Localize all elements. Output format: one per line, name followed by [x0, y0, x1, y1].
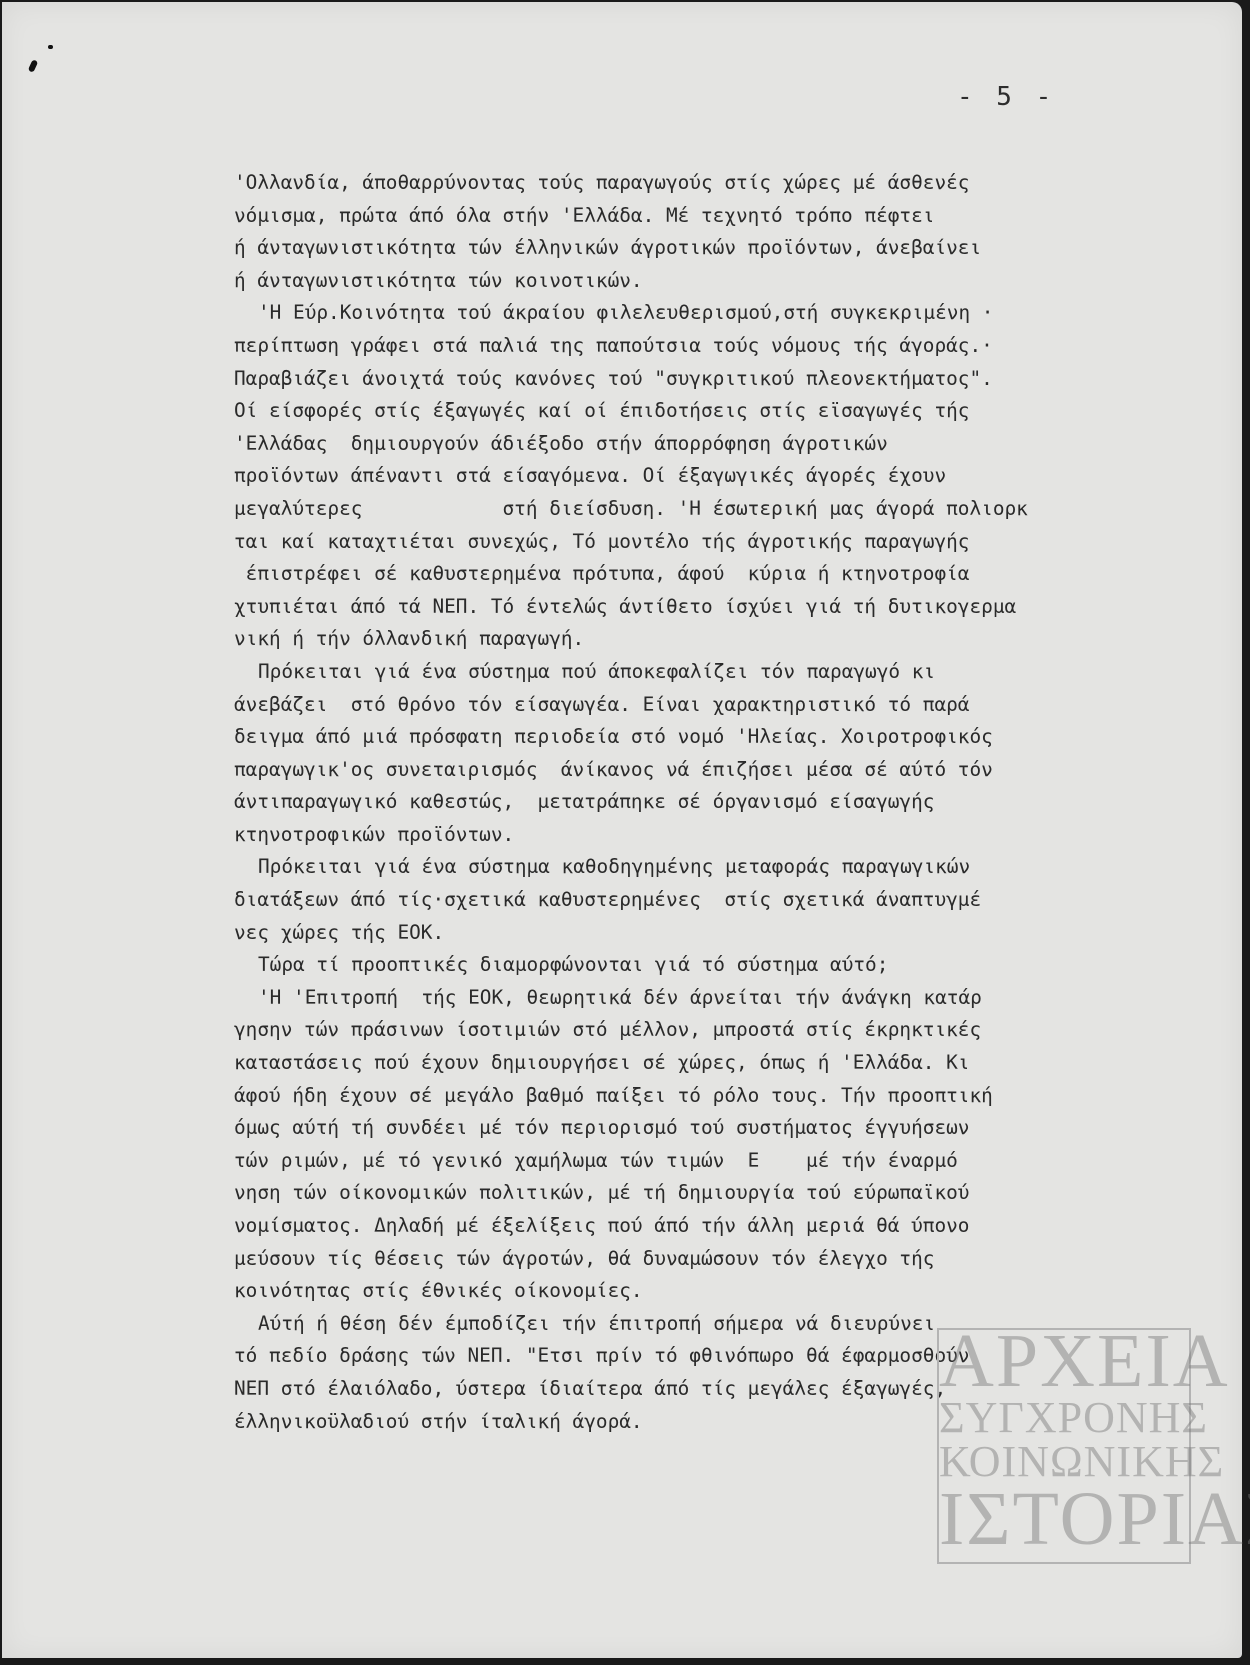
text-line: ται καί καταχτιέται συνεχώς, Τό μοντέλο …: [234, 526, 1244, 559]
text-line: γησην τών πράσινων ίσοτιμιών στό μέλλον,…: [234, 1014, 1244, 1047]
page-number: - 5 -: [957, 82, 1055, 112]
text-line: Πρόκειται γιά ένα σύστημα πού άποκεφαλίζ…: [234, 656, 1244, 689]
text-line: καταστάσεις πού έχουν δημιουργήσει σέ χώ…: [234, 1047, 1244, 1080]
text-line: άνεβάζει στό θρόνο τόν είσαγωγέα. Είναι …: [234, 689, 1244, 722]
ink-dot: [48, 45, 53, 49]
text-line: νική ή τήν όλλανδική παραγωγή.: [234, 623, 1244, 656]
text-line: 'Η Εύρ.Κοινότητα τού άκραίου φιλελευθερι…: [234, 297, 1244, 330]
text-line: Πρόκειται γιά ένα σύστημα καθοδηγημένης …: [234, 851, 1244, 884]
text-line: 'Η 'Επιτροπή τής ΕΟΚ, θεωρητικά δέν άρνε…: [234, 982, 1244, 1015]
text-line: νες χώρες τής ΕΟΚ.: [234, 917, 1244, 950]
text-line: έπιστρέφει σέ καθυστερημένα πρότυπα, άφο…: [234, 558, 1244, 591]
document-body: 'Ολλανδία, άποθαρρύνοντας τούς παραγωγού…: [234, 167, 1244, 1438]
text-line: Αύτή ή θέση δέν έμποδίζει τήν έπιτροπή σ…: [234, 1308, 1244, 1341]
text-line: τών ριμών, μέ τό γενικό χαμήλωμα τών τιμ…: [234, 1145, 1244, 1178]
text-line: δειγμα άπό μιά πρόσφατη περιοδεία στό νο…: [234, 721, 1244, 754]
text-line: Παραβιάζει άνοιχτά τούς κανόνες τού "συγ…: [234, 363, 1244, 396]
text-line: ή άνταγωνιστικότητα τών κοινοτικών.: [234, 265, 1244, 298]
text-line: όμως αύτή τή συνδέει μέ τόν περιορισμό τ…: [234, 1112, 1244, 1145]
text-line: τό πεδίο δράσης τών ΝΕΠ. "Ετσι πρίν τό φ…: [234, 1340, 1244, 1373]
text-line: 'Ελλάδας δημιουργούν άδιέξοδο στήν άπορρ…: [234, 428, 1244, 461]
text-line: παραγωγικ'ος συνεταιρισμός άνίκανος νά έ…: [234, 754, 1244, 787]
text-line: κτηνοτροφικών προϊόντων.: [234, 819, 1244, 852]
text-line: νομίσματος. Δηλαδή μέ έξελίξεις πού άπό …: [234, 1210, 1244, 1243]
ink-mark: [28, 59, 39, 72]
text-line: νόμισμα, πρώτα άπό όλα στήν 'Ελλάδα. Μέ …: [234, 200, 1244, 233]
text-line: άντιπαραγωγικό καθεστώς, μετατράπηκε σέ …: [234, 786, 1244, 819]
text-line: προϊόντων άπέναντι στά είσαγόμενα. Οί έξ…: [234, 460, 1244, 493]
text-line: κοινότητας στίς έθνικές οίκονομίες.: [234, 1275, 1244, 1308]
text-line: Οί είσφορές στίς έξαγωγές καί οί έπιδοτή…: [234, 395, 1244, 428]
text-line: μεγαλύτερες στή διείσδυση. 'Η έσωτερική …: [234, 493, 1244, 526]
text-line: μεύσουν τίς θέσεις τών άγροτών, θά δυναμ…: [234, 1243, 1244, 1276]
text-line: διατάξεων άπό τίς·σχετικά καθυστερημένες…: [234, 884, 1244, 917]
document-page: - 5 - 'Ολλανδία, άποθαρρύνοντας τούς παρ…: [2, 2, 1242, 1658]
text-line: ή άνταγωνιστικότητα τών έλληνικών άγροτι…: [234, 232, 1244, 265]
text-line: Τώρα τί προοπτικές διαμορφώνονται γιά τό…: [234, 949, 1244, 982]
text-line: χτυπιέται άπό τά ΝΕΠ. Τό έντελώς άντίθετ…: [234, 591, 1244, 624]
text-line: έλληνικοϋλαδιού στήν ίταλική άγορά.: [234, 1406, 1244, 1439]
text-line: ΝΕΠ στό έλαιόλαδο, ύστερα ίδιαίτερα άπό …: [234, 1373, 1244, 1406]
text-line: περίπτωση γράφει στά παλιά της παπούτσια…: [234, 330, 1244, 363]
text-line: 'Ολλανδία, άποθαρρύνοντας τούς παραγωγού…: [234, 167, 1244, 200]
text-line: νηση τών οίκονομικών πολιτικών, μέ τή δη…: [234, 1177, 1244, 1210]
text-line: άφού ήδη έχουν σέ μεγάλο βαθμό παίξει τό…: [234, 1080, 1244, 1113]
